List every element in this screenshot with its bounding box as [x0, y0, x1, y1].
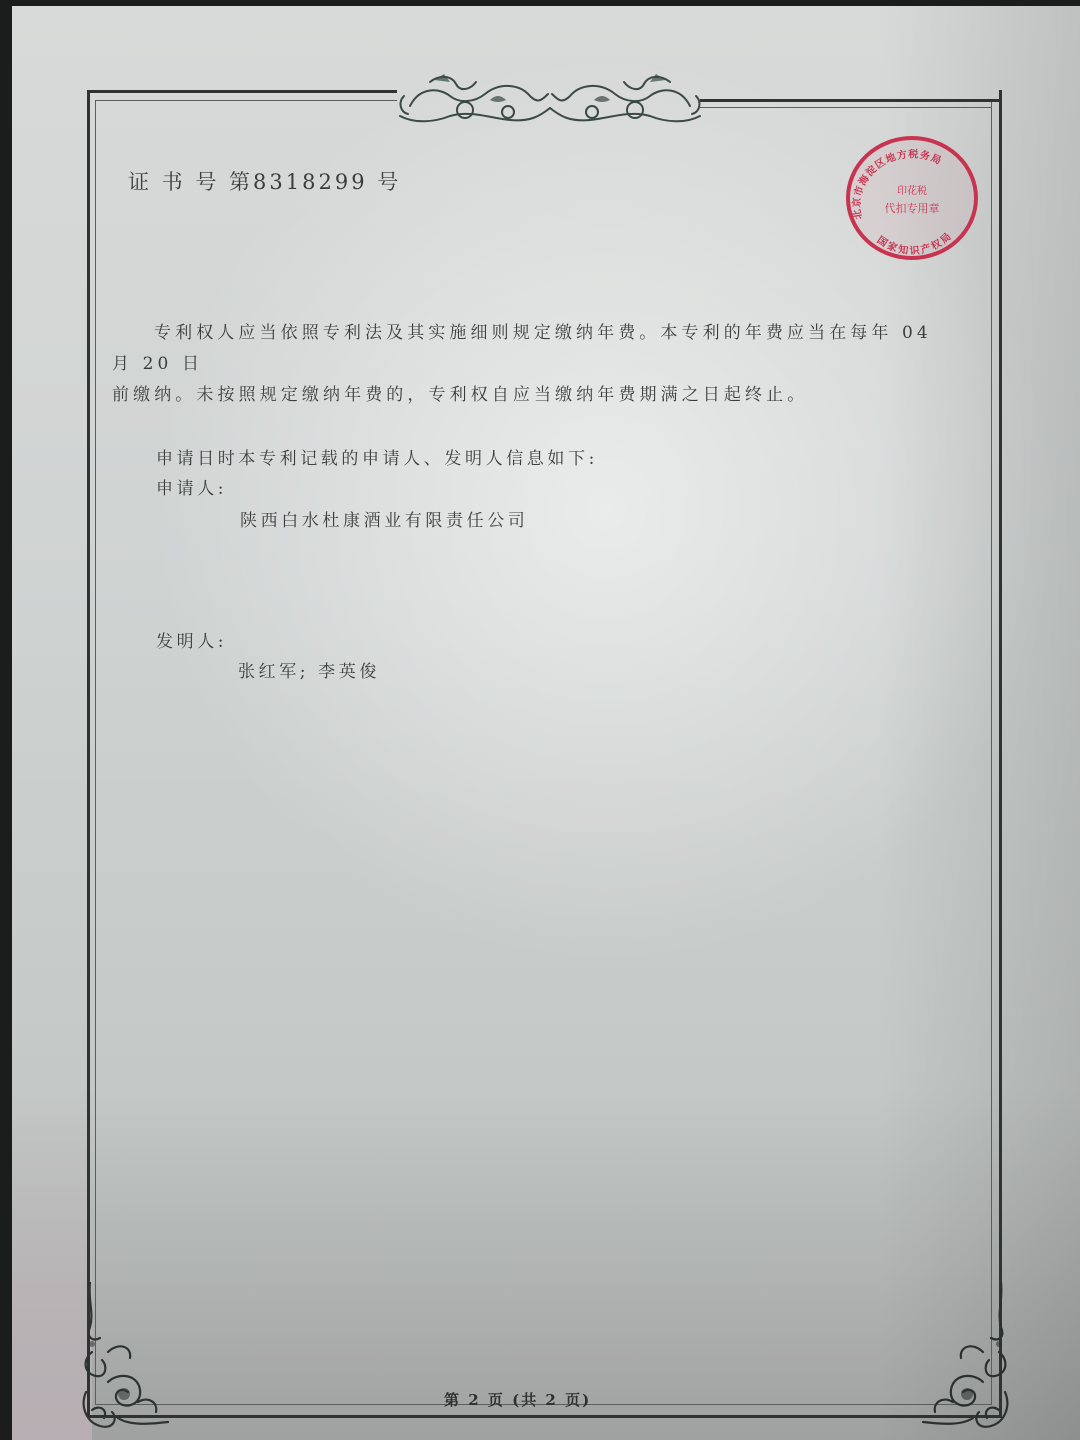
annual-fee-line-1: 专利权人应当依照专利法及其实施细则规定缴纳年费。本专利的年费应当在每年 04 月… [112, 323, 932, 374]
annual-fee-line-2: 前缴纳。未按照规定缴纳年费的，专利权自应当缴纳年费期满之日起终止。 [112, 385, 808, 405]
page-border-top-right-inner [700, 107, 992, 108]
official-seal: 北京市海淀区地方税务局 国家知识产权局 印花税 代扣专用章 [843, 134, 981, 262]
seal-stamp-icon: 北京市海淀区地方税务局 国家知识产权局 印花税 代扣专用章 [843, 134, 981, 262]
svg-text:印花税: 印花税 [897, 184, 927, 197]
page-border-top-left [87, 90, 397, 93]
certificate-number: 证 书 号 第8318299 号 [128, 166, 401, 196]
applicant-name: 陕西白水杜康酒业有限责任公司 [240, 506, 528, 531]
inventor-names: 张红军; 李英俊 [238, 657, 380, 682]
svg-text:代扣专用章: 代扣专用章 [885, 201, 940, 215]
annual-fee-paragraph: 专利权人应当依照专利法及其实施细则规定缴纳年费。本专利的年费应当在每年 04 月… [112, 318, 952, 411]
floral-corner-ornament-icon [918, 1282, 1013, 1432]
dragon-ornament-icon [390, 66, 710, 128]
page-border-top-left-inner [95, 100, 397, 101]
applicant-label: 申请人: [156, 474, 227, 499]
floral-corner-ornament-icon [78, 1282, 173, 1432]
inventor-label: 发明人: [156, 627, 227, 652]
info-intro: 申请日时本专利记载的申请人、发明人信息如下: [156, 444, 598, 469]
page-border-top-right [700, 99, 1002, 102]
page-footer: 第 2 页 (共 2 页) [444, 1389, 591, 1410]
page-border-inner [95, 100, 992, 1405]
